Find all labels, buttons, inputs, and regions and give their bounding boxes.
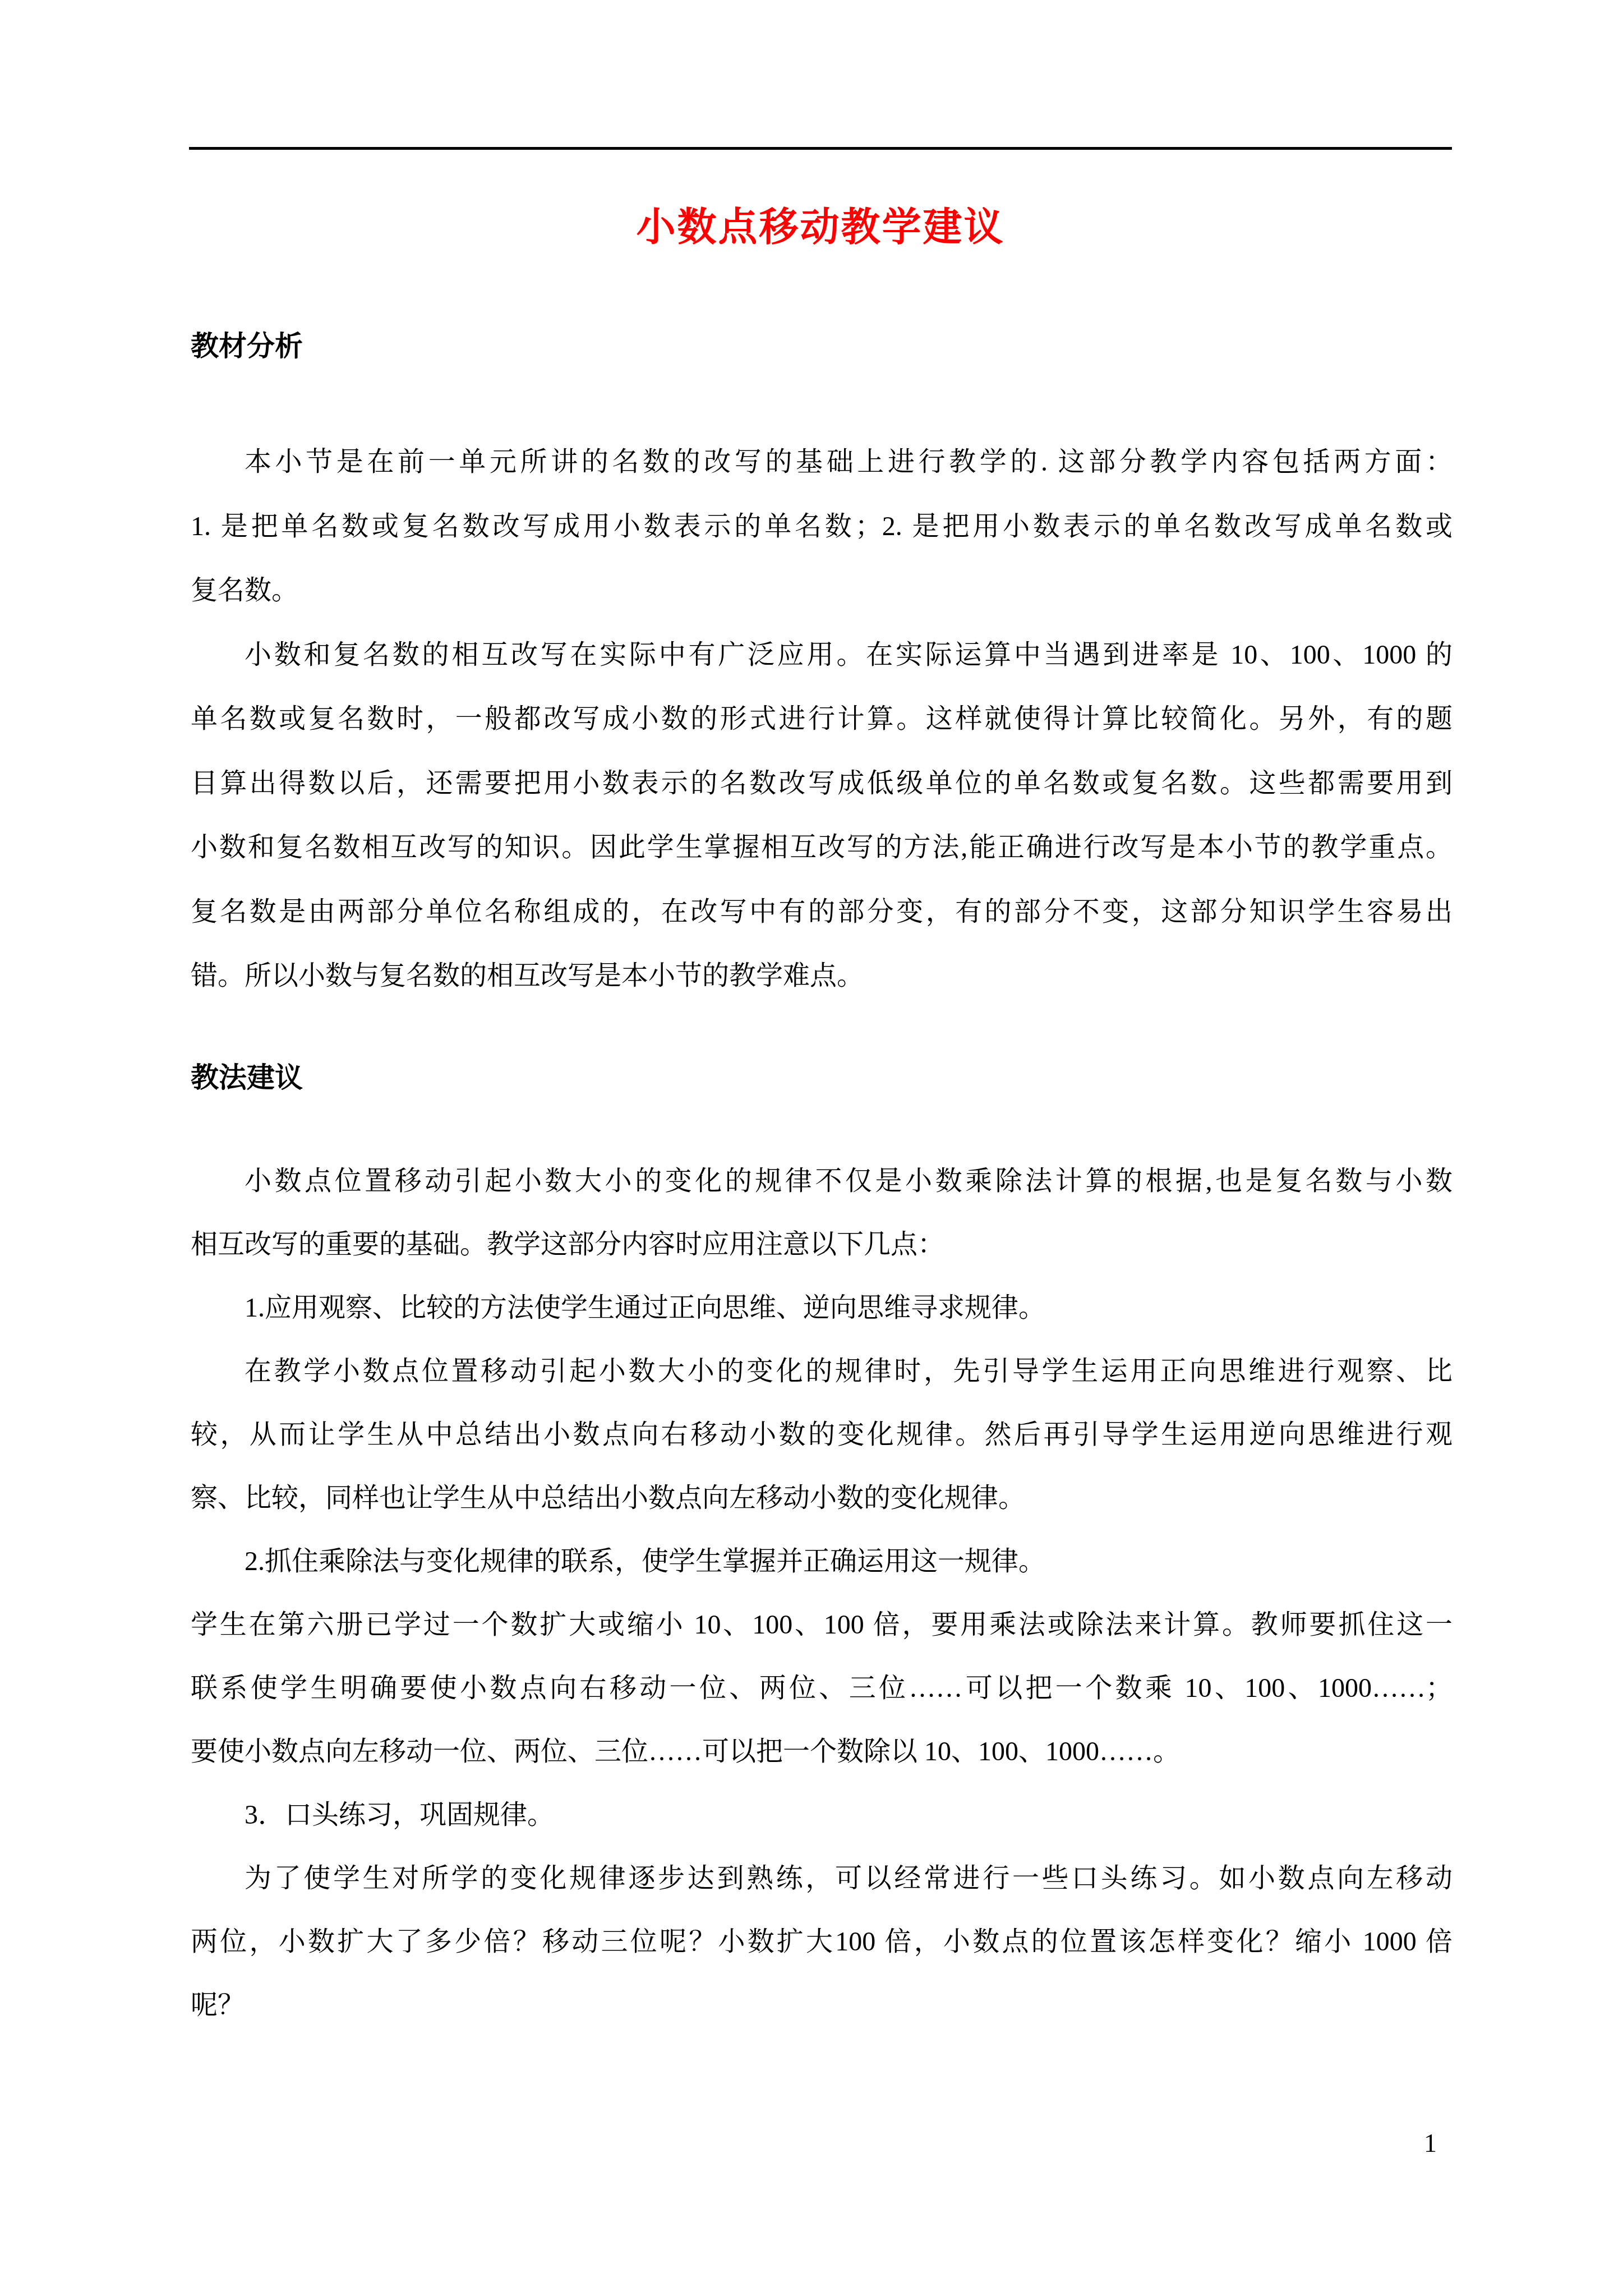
text-line: 复名数是由两部分单位名称组成的，在改写中有的部分变，有的部分不变，这部分知识学生… bbox=[191, 880, 1453, 945]
text-line: 相互改写的重要的基础。教学这部分内容时应用注意以下几点： bbox=[191, 1213, 1453, 1276]
document-title: 小数点移动教学建议 bbox=[189, 209, 1452, 248]
text-line-list-item-1: 1.应用观察、比较的方法使学生通过正向思维、逆向思维寻求规律。 bbox=[191, 1276, 1453, 1340]
text-line: 单名数或复名数时，一般都改写成小数的形式进行计算。这样就使得计算比较简化。另外，… bbox=[191, 687, 1453, 752]
text-line: 目算出得数以后，还需要把用小数表示的名数改写成低级单位的单名数或复名数。这些都需… bbox=[191, 752, 1453, 816]
text-line: 学生在第六册已学过一个数扩大或缩小 10、100、100 倍，要用乘法或除法来计… bbox=[191, 1593, 1453, 1657]
text-line: 呢？ bbox=[191, 1973, 1453, 2037]
text-line: 错。所以小数与复名数的相互改写是本小节的教学难点。 bbox=[191, 944, 1453, 1009]
text-line: 小数点位置移动引起小数大小的变化的规律不仅是小数乘除法计算的根据,也是复名数与小… bbox=[191, 1149, 1453, 1213]
page-number: 1 bbox=[1424, 2131, 1437, 2156]
text-line: 本小节是在前一单元所讲的名数的改写的基础上进行教学的. 这部分教学内容包括两方面… bbox=[191, 430, 1453, 495]
text-line: 联系使学生明确要使小数点向右移动一位、两位、三位……可以把一个数乘 10、100… bbox=[191, 1657, 1453, 1720]
section-body-teaching-suggestions: 小数点位置移动引起小数大小的变化的规律不仅是小数乘除法计算的根据,也是复名数与小… bbox=[191, 1149, 1453, 2037]
text-line: 小数和复名数的相互改写在实际中有广泛应用。在实际运算中当遇到进率是 10、100… bbox=[191, 623, 1453, 688]
text-line: 1. 是把单名数或复名数改写成用小数表示的单名数；2. 是把用小数表示的单名数改… bbox=[191, 495, 1453, 559]
text-line: 在教学小数点位置移动引起小数大小的变化的规律时，先引导学生运用正向思维进行观察、… bbox=[191, 1340, 1453, 1403]
text-line: 小数和复名数相互改写的知识。因此学生掌握相互改写的方法,能正确进行改写是本小节的… bbox=[191, 816, 1453, 880]
text-line-list-item-2: 2.抓住乘除法与变化规律的联系，使学生掌握并正确运用这一规律。 bbox=[191, 1530, 1453, 1593]
text-line: 较，从而让学生从中总结出小数点向右移动小数的变化规律。然后再引导学生运用逆向思维… bbox=[191, 1403, 1453, 1466]
section-body-textbook-analysis: 本小节是在前一单元所讲的名数的改写的基础上进行教学的. 这部分教学内容包括两方面… bbox=[191, 430, 1453, 1009]
text-line: 为了使学生对所学的变化规律逐步达到熟练，可以经常进行一些口头练习。如小数点向左移… bbox=[191, 1847, 1453, 1910]
text-line: 复名数。 bbox=[191, 559, 1453, 623]
section-heading-teaching-suggestions: 教法建议 bbox=[191, 1064, 303, 1092]
section-heading-textbook-analysis: 教材分析 bbox=[191, 332, 303, 360]
header-rule bbox=[189, 147, 1452, 150]
text-line: 察、比较，同样也让学生从中总结出小数点向左移动小数的变化规律。 bbox=[191, 1466, 1453, 1530]
text-line-list-item-3: 3．口头练习，巩固规律。 bbox=[191, 1783, 1453, 1847]
text-line: 两位，小数扩大了多少倍？移动三位呢？小数扩大100 倍，小数点的位置该怎样变化？… bbox=[191, 1910, 1453, 1973]
document-page: 小数点移动教学建议 教材分析 本小节是在前一单元所讲的名数的改写的基础上进行教学… bbox=[0, 0, 1623, 2296]
text-line: 要使小数点向左移动一位、两位、三位……可以把一个数除以 10、100、1000…… bbox=[191, 1720, 1453, 1783]
